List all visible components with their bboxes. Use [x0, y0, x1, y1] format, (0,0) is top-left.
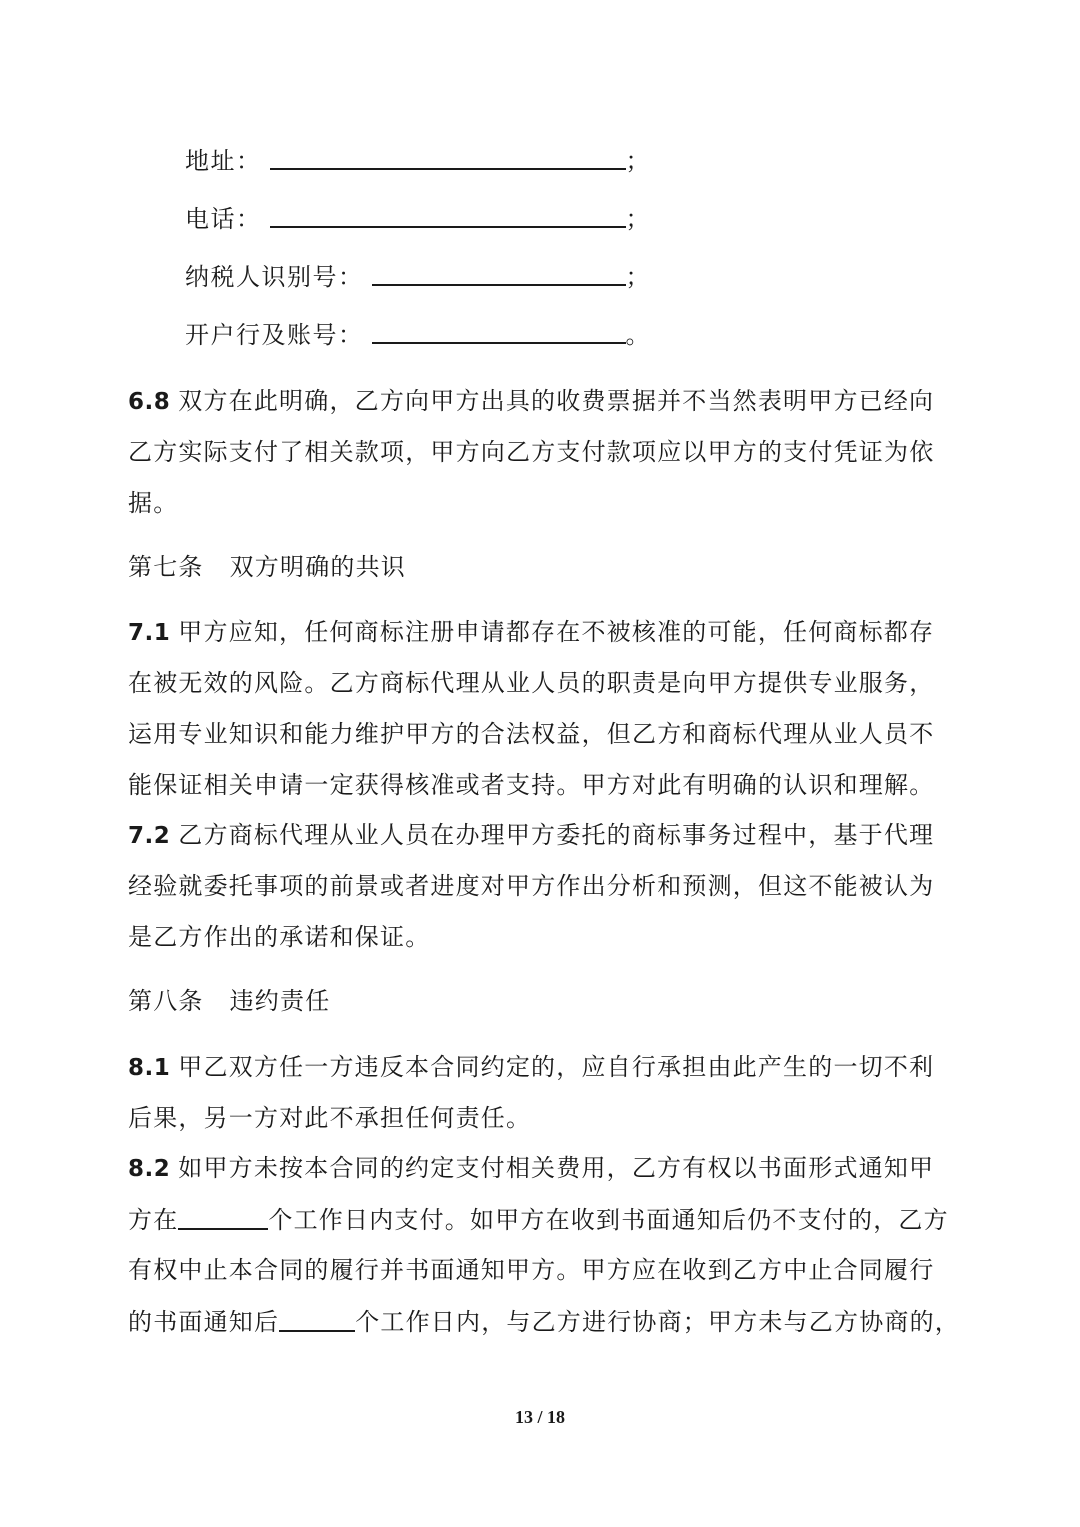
bank-account-blank[interactable] — [372, 320, 626, 344]
clause-7-2-line-3: 是乙方作出的承诺和保证。 — [128, 922, 954, 952]
page-number: 13 / 18 — [0, 1407, 1080, 1428]
clause-number: 7.2 — [128, 823, 170, 849]
clause-7-2-line-1: 7.2乙方商标代理从业人员在办理甲方委托的商标事务过程中，基于代理 — [128, 820, 954, 851]
clause-text: 的书面通知后 — [128, 1308, 279, 1336]
clause-number: 6.8 — [128, 389, 170, 415]
clause-text: 乙方商标代理从业人员在办理甲方委托的商标事务过程中，基于代理 — [178, 821, 934, 849]
bank-account-field-row: 开户行及账号： 。 — [185, 316, 651, 350]
address-label: 地址： — [185, 146, 262, 176]
clause-text: 甲乙双方任一方违反本合同约定的，应自行承担由此产生的一切不利 — [178, 1053, 934, 1081]
taxpayer-id-end: ； — [626, 262, 652, 292]
article-number: 第七条 — [128, 553, 204, 581]
clause-text: 个工作日内，与乙方进行协商；甲方未与乙方协商的， — [355, 1308, 960, 1336]
clause-number: 8.2 — [128, 1156, 170, 1182]
phone-label: 电话： — [185, 204, 262, 234]
clause-7-2-line-2: 经验就委托事项的前景或者进度对甲方作出分析和预测，但这不能被认为 — [128, 871, 954, 901]
clause-7-1-line-3: 运用专业知识和能力维护甲方的合法权益，但乙方和商标代理从业人员不 — [128, 719, 954, 749]
article-title: 双方明确的共识 — [230, 553, 406, 581]
clause-7-1-line-1: 7.1甲方应知，任何商标注册申请都存在不被核准的可能，任何商标都存 — [128, 617, 954, 648]
clause-8-2-line-2: 方在个工作日内支付。如甲方在收到书面通知后仍不支付的，乙方 — [128, 1204, 954, 1235]
phone-field-row: 电话： ； — [185, 200, 651, 234]
article-8-heading: 第八条违约责任 — [128, 986, 954, 1016]
address-end: ； — [626, 146, 652, 176]
clause-6-8-line-2: 乙方实际支付了相关款项，甲方向乙方支付款项应以甲方的支付凭证为依 — [128, 437, 954, 467]
clause-6-8-line-3: 据。 — [128, 488, 954, 518]
clause-7-1-line-2: 在被无效的风险。乙方商标代理从业人员的职责是向甲方提供专业服务， — [128, 668, 954, 698]
bank-account-end: 。 — [626, 320, 652, 350]
phone-end: ； — [626, 204, 652, 234]
clause-text: 甲方应知，任何商标注册申请都存在不被核准的可能，任何商标都存 — [178, 618, 934, 646]
clause-number: 7.1 — [128, 620, 170, 646]
taxpayer-id-label: 纳税人识别号： — [185, 262, 364, 292]
article-7-heading: 第七条双方明确的共识 — [128, 552, 954, 582]
payment-days-blank[interactable] — [178, 1204, 268, 1230]
clause-6-8-line-1: 6.8双方在此明确，乙方向甲方出具的收费票据并不当然表明甲方已经向 — [128, 386, 954, 417]
clause-8-2-line-3: 有权中止本合同的履行并书面通知甲方。甲方应在收到乙方中止合同履行 — [128, 1255, 954, 1285]
clause-text: 如甲方未按本合同的约定支付相关费用，乙方有权以书面形式通知甲 — [178, 1154, 934, 1182]
clause-text: 方在 — [128, 1206, 178, 1234]
clause-7-1-line-4: 能保证相关申请一定获得核准或者支持。甲方对此有明确的认识和理解。 — [128, 770, 954, 800]
clause-8-1-line-2: 后果，另一方对此不承担任何责任。 — [128, 1103, 954, 1133]
clause-number: 8.1 — [128, 1055, 170, 1081]
taxpayer-id-blank[interactable] — [372, 262, 626, 286]
article-title: 违约责任 — [230, 987, 331, 1015]
clause-8-2-line-1: 8.2如甲方未按本合同的约定支付相关费用，乙方有权以书面形式通知甲 — [128, 1153, 954, 1184]
article-number: 第八条 — [128, 987, 204, 1015]
clause-text: 个工作日内支付。如甲方在收到书面通知后仍不支付的，乙方 — [268, 1206, 948, 1234]
bank-account-label: 开户行及账号： — [185, 320, 364, 350]
address-blank[interactable] — [270, 146, 626, 170]
address-field-row: 地址： ； — [185, 142, 651, 176]
clause-8-2-line-4: 的书面通知后个工作日内，与乙方进行协商；甲方未与乙方协商的， — [128, 1306, 954, 1337]
phone-blank[interactable] — [270, 204, 626, 228]
taxpayer-id-field-row: 纳税人识别号： ； — [185, 258, 651, 292]
clause-text: 双方在此明确，乙方向甲方出具的收费票据并不当然表明甲方已经向 — [178, 387, 934, 415]
clause-8-1-line-1: 8.1甲乙双方任一方违反本合同约定的，应自行承担由此产生的一切不利 — [128, 1052, 954, 1083]
document-page: 地址： ； 电话： ； 纳税人识别号： ； 开户行及账号： 。 6.8双方在此明… — [0, 0, 1080, 1527]
negotiation-days-blank[interactable] — [279, 1306, 355, 1332]
